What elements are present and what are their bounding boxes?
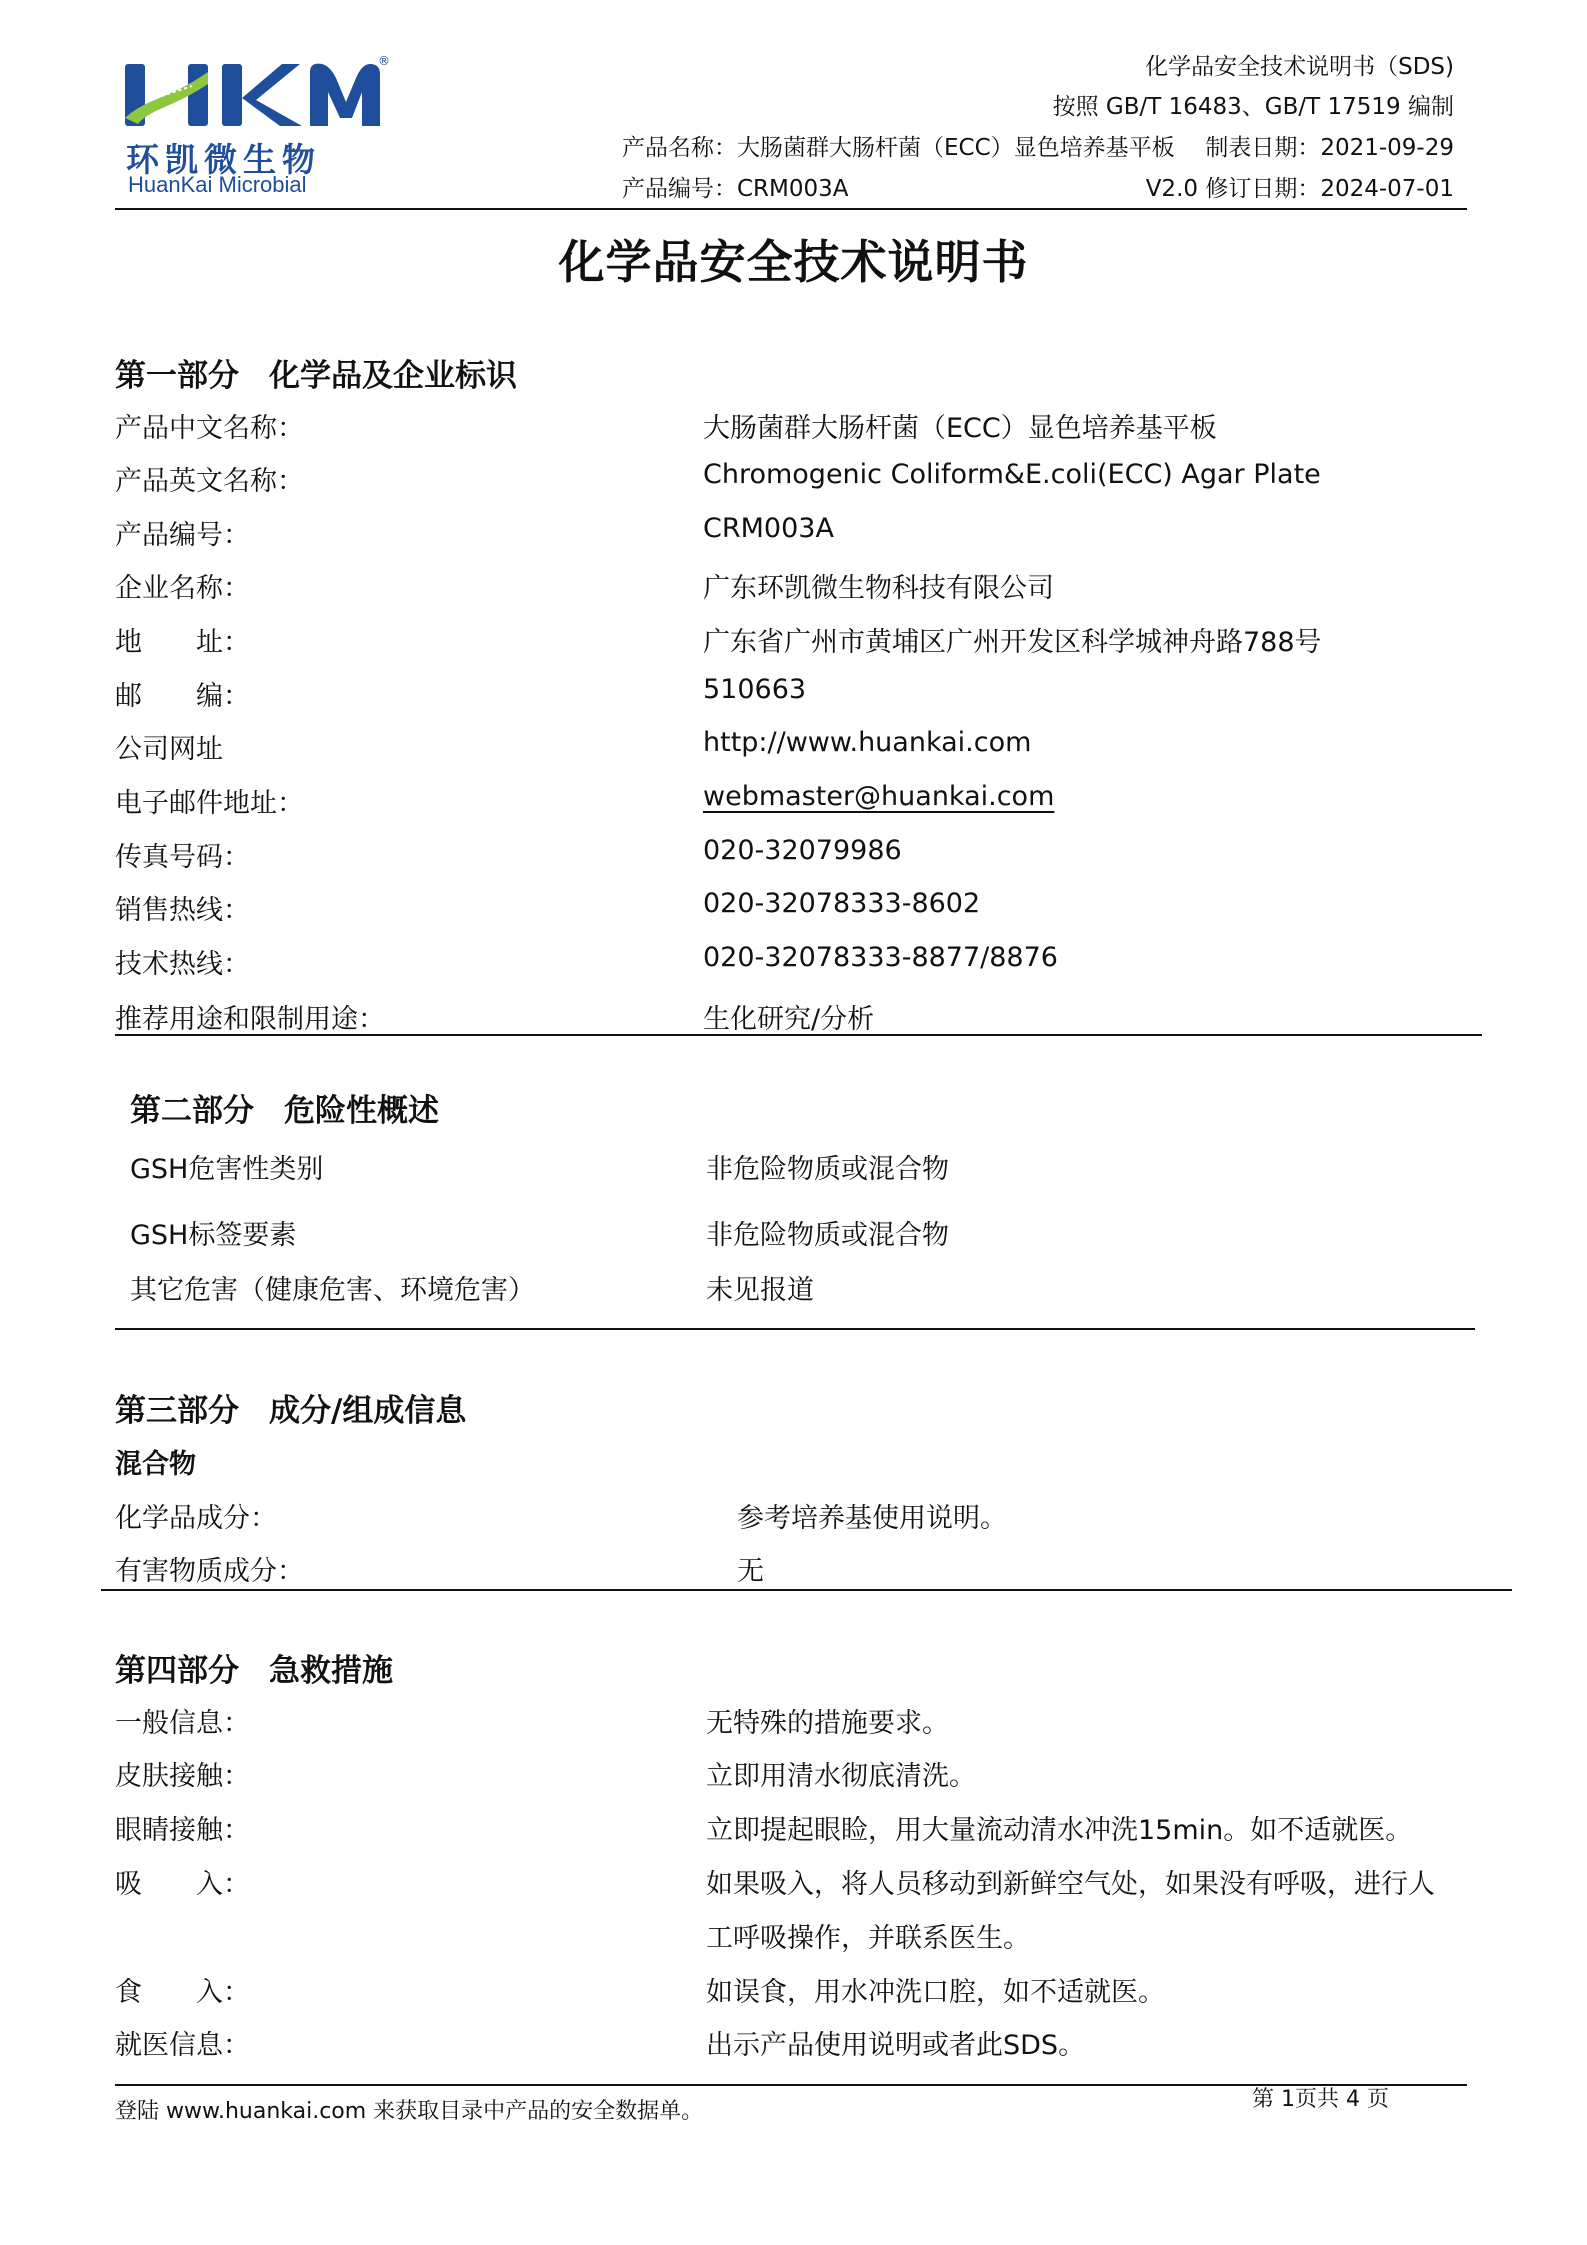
subheading-mixture: 混合物 <box>115 1442 196 1481</box>
page-number: 第 1页共 4 页 <box>1252 2082 1389 2113</box>
row-value: 生化研究/分析 <box>703 997 874 1036</box>
page-title: 化学品安全技术说明书 <box>0 226 1587 292</box>
row-value: 广东省广州市黄埔区广州开发区科学城神舟路788号 <box>703 620 1322 659</box>
row-value: 非危险物质或混合物 <box>706 1147 949 1186</box>
row-value: 无特殊的措施要求。 <box>706 1701 949 1740</box>
row-value: 无 <box>737 1549 764 1588</box>
row-label: 推荐用途和限制用途： <box>115 997 385 1036</box>
section-heading: 第三部分成分/组成信息 <box>115 1385 466 1430</box>
row-label: 产品编号： <box>115 513 250 552</box>
row-value: 出示产品使用说明或者此SDS。 <box>706 2023 1085 2062</box>
row-label: 传真号码： <box>115 835 250 874</box>
section-heading: 第二部分危险性概述 <box>130 1085 439 1130</box>
row-label: 产品中文名称： <box>115 406 304 445</box>
standard-reference: 按照 GB/T 16483、GB/T 17519 编制 <box>1053 88 1454 121</box>
row-value: 020-32078333-8877/8876 <box>703 942 1058 973</box>
product-name-line: 产品名称：大肠菌群大肠杆菌（ECC）显色培养基平板 <box>622 129 1175 162</box>
row-label: 就医信息： <box>115 2023 250 2062</box>
row-label: 食 入： <box>115 1970 250 2009</box>
row-label: 其它危害（健康危害、环境危害） <box>130 1268 535 1307</box>
revision-line: V2.0 修订日期：2024-07-01 <box>1146 170 1454 203</box>
created-date-value: 2021-09-29 <box>1320 135 1454 161</box>
website-link[interactable]: http://www.huankai.com <box>703 727 1031 758</box>
logo-english-name: HuanKai Microbial <box>128 172 307 198</box>
row-label: 有害物质成分： <box>115 1549 304 1588</box>
product-code-line: 产品编号：CRM003A <box>622 170 849 203</box>
revision-date-value: 2024-07-01 <box>1320 176 1454 202</box>
row-value: 广东环凯微生物科技有限公司 <box>703 566 1054 605</box>
row-value: Chromogenic Coliform&E.coli(ECC) Agar Pl… <box>703 459 1321 490</box>
product-code-value: CRM003A <box>737 176 849 202</box>
footer-note: 登陆 www.huankai.com 来获取目录中产品的安全数据单。 <box>115 2094 703 2125</box>
row-value: 立即提起眼睑，用大量流动清水冲洗15min。如不适就医。 <box>706 1808 1412 1847</box>
row-value-continued: 工呼吸操作，并联系医生。 <box>706 1916 1030 1955</box>
section-title: 急救措施 <box>269 1653 393 1689</box>
section-heading: 第四部分急救措施 <box>115 1645 393 1690</box>
row-label: GSH危害性类别 <box>130 1147 323 1186</box>
section-divider <box>115 1328 1475 1330</box>
row-label: 企业名称： <box>115 566 250 605</box>
row-value: 510663 <box>703 674 806 705</box>
doc-type: 化学品安全技术说明书（SDS) <box>1145 48 1454 81</box>
row-label: 一般信息： <box>115 1701 250 1740</box>
row-label: 眼睛接触： <box>115 1808 250 1847</box>
row-value: 如果吸入，将人员移动到新鲜空气处，如果没有呼吸，进行人 <box>706 1862 1435 1901</box>
section-part-number: 第三部分 <box>115 1393 239 1429</box>
product-code-label: 产品编号： <box>622 176 737 202</box>
row-label: 邮 编： <box>115 674 250 713</box>
row-value: 非危险物质或混合物 <box>706 1213 949 1252</box>
row-label: 电子邮件地址： <box>115 781 304 820</box>
row-value: 020-32078333-8602 <box>703 888 980 919</box>
row-label: 公司网址 <box>115 727 223 766</box>
created-date-line: 制表日期：2021-09-29 <box>1205 129 1454 162</box>
row-label: 地 址： <box>115 620 250 659</box>
row-label: 产品英文名称： <box>115 459 304 498</box>
row-label: GSH标签要素 <box>130 1213 296 1252</box>
row-value: 参考培养基使用说明。 <box>737 1496 1007 1535</box>
row-label: 化学品成分： <box>115 1496 277 1535</box>
row-value: 如误食，用水冲洗口腔，如不适就医。 <box>706 1970 1165 2009</box>
section-title: 化学品及企业标识 <box>269 358 517 394</box>
row-label: 技术热线： <box>115 942 250 981</box>
section-title: 成分/组成信息 <box>269 1393 466 1429</box>
header-divider <box>115 208 1467 210</box>
created-date-label: 制表日期： <box>1205 135 1320 161</box>
section-part-number: 第四部分 <box>115 1653 239 1689</box>
row-value: 未见报道 <box>706 1268 814 1307</box>
row-value: 立即用清水彻底清洗。 <box>706 1754 976 1793</box>
section-heading: 第一部分化学品及企业标识 <box>115 350 517 395</box>
section-title: 危险性概述 <box>284 1093 439 1129</box>
row-label: 销售热线： <box>115 888 250 927</box>
registered-mark: ® <box>378 54 390 68</box>
row-value: CRM003A <box>703 513 834 544</box>
section-divider <box>101 1589 1512 1591</box>
hkm-logo-icon <box>122 58 384 130</box>
email-link[interactable]: webmaster@huankai.com <box>703 781 1054 812</box>
section-part-number: 第二部分 <box>130 1093 254 1129</box>
section-divider <box>115 1034 1482 1036</box>
revision-label: V2.0 修订日期： <box>1146 176 1321 202</box>
row-value: 020-32079986 <box>703 835 902 866</box>
product-name-value: 大肠菌群大肠杆菌（ECC）显色培养基平板 <box>737 135 1175 161</box>
row-label: 吸 入： <box>115 1862 250 1901</box>
row-label: 皮肤接触： <box>115 1754 250 1793</box>
product-name-label: 产品名称： <box>622 135 737 161</box>
section-part-number: 第一部分 <box>115 358 239 394</box>
row-value: 大肠菌群大肠杆菌（ECC）显色培养基平板 <box>703 406 1217 445</box>
